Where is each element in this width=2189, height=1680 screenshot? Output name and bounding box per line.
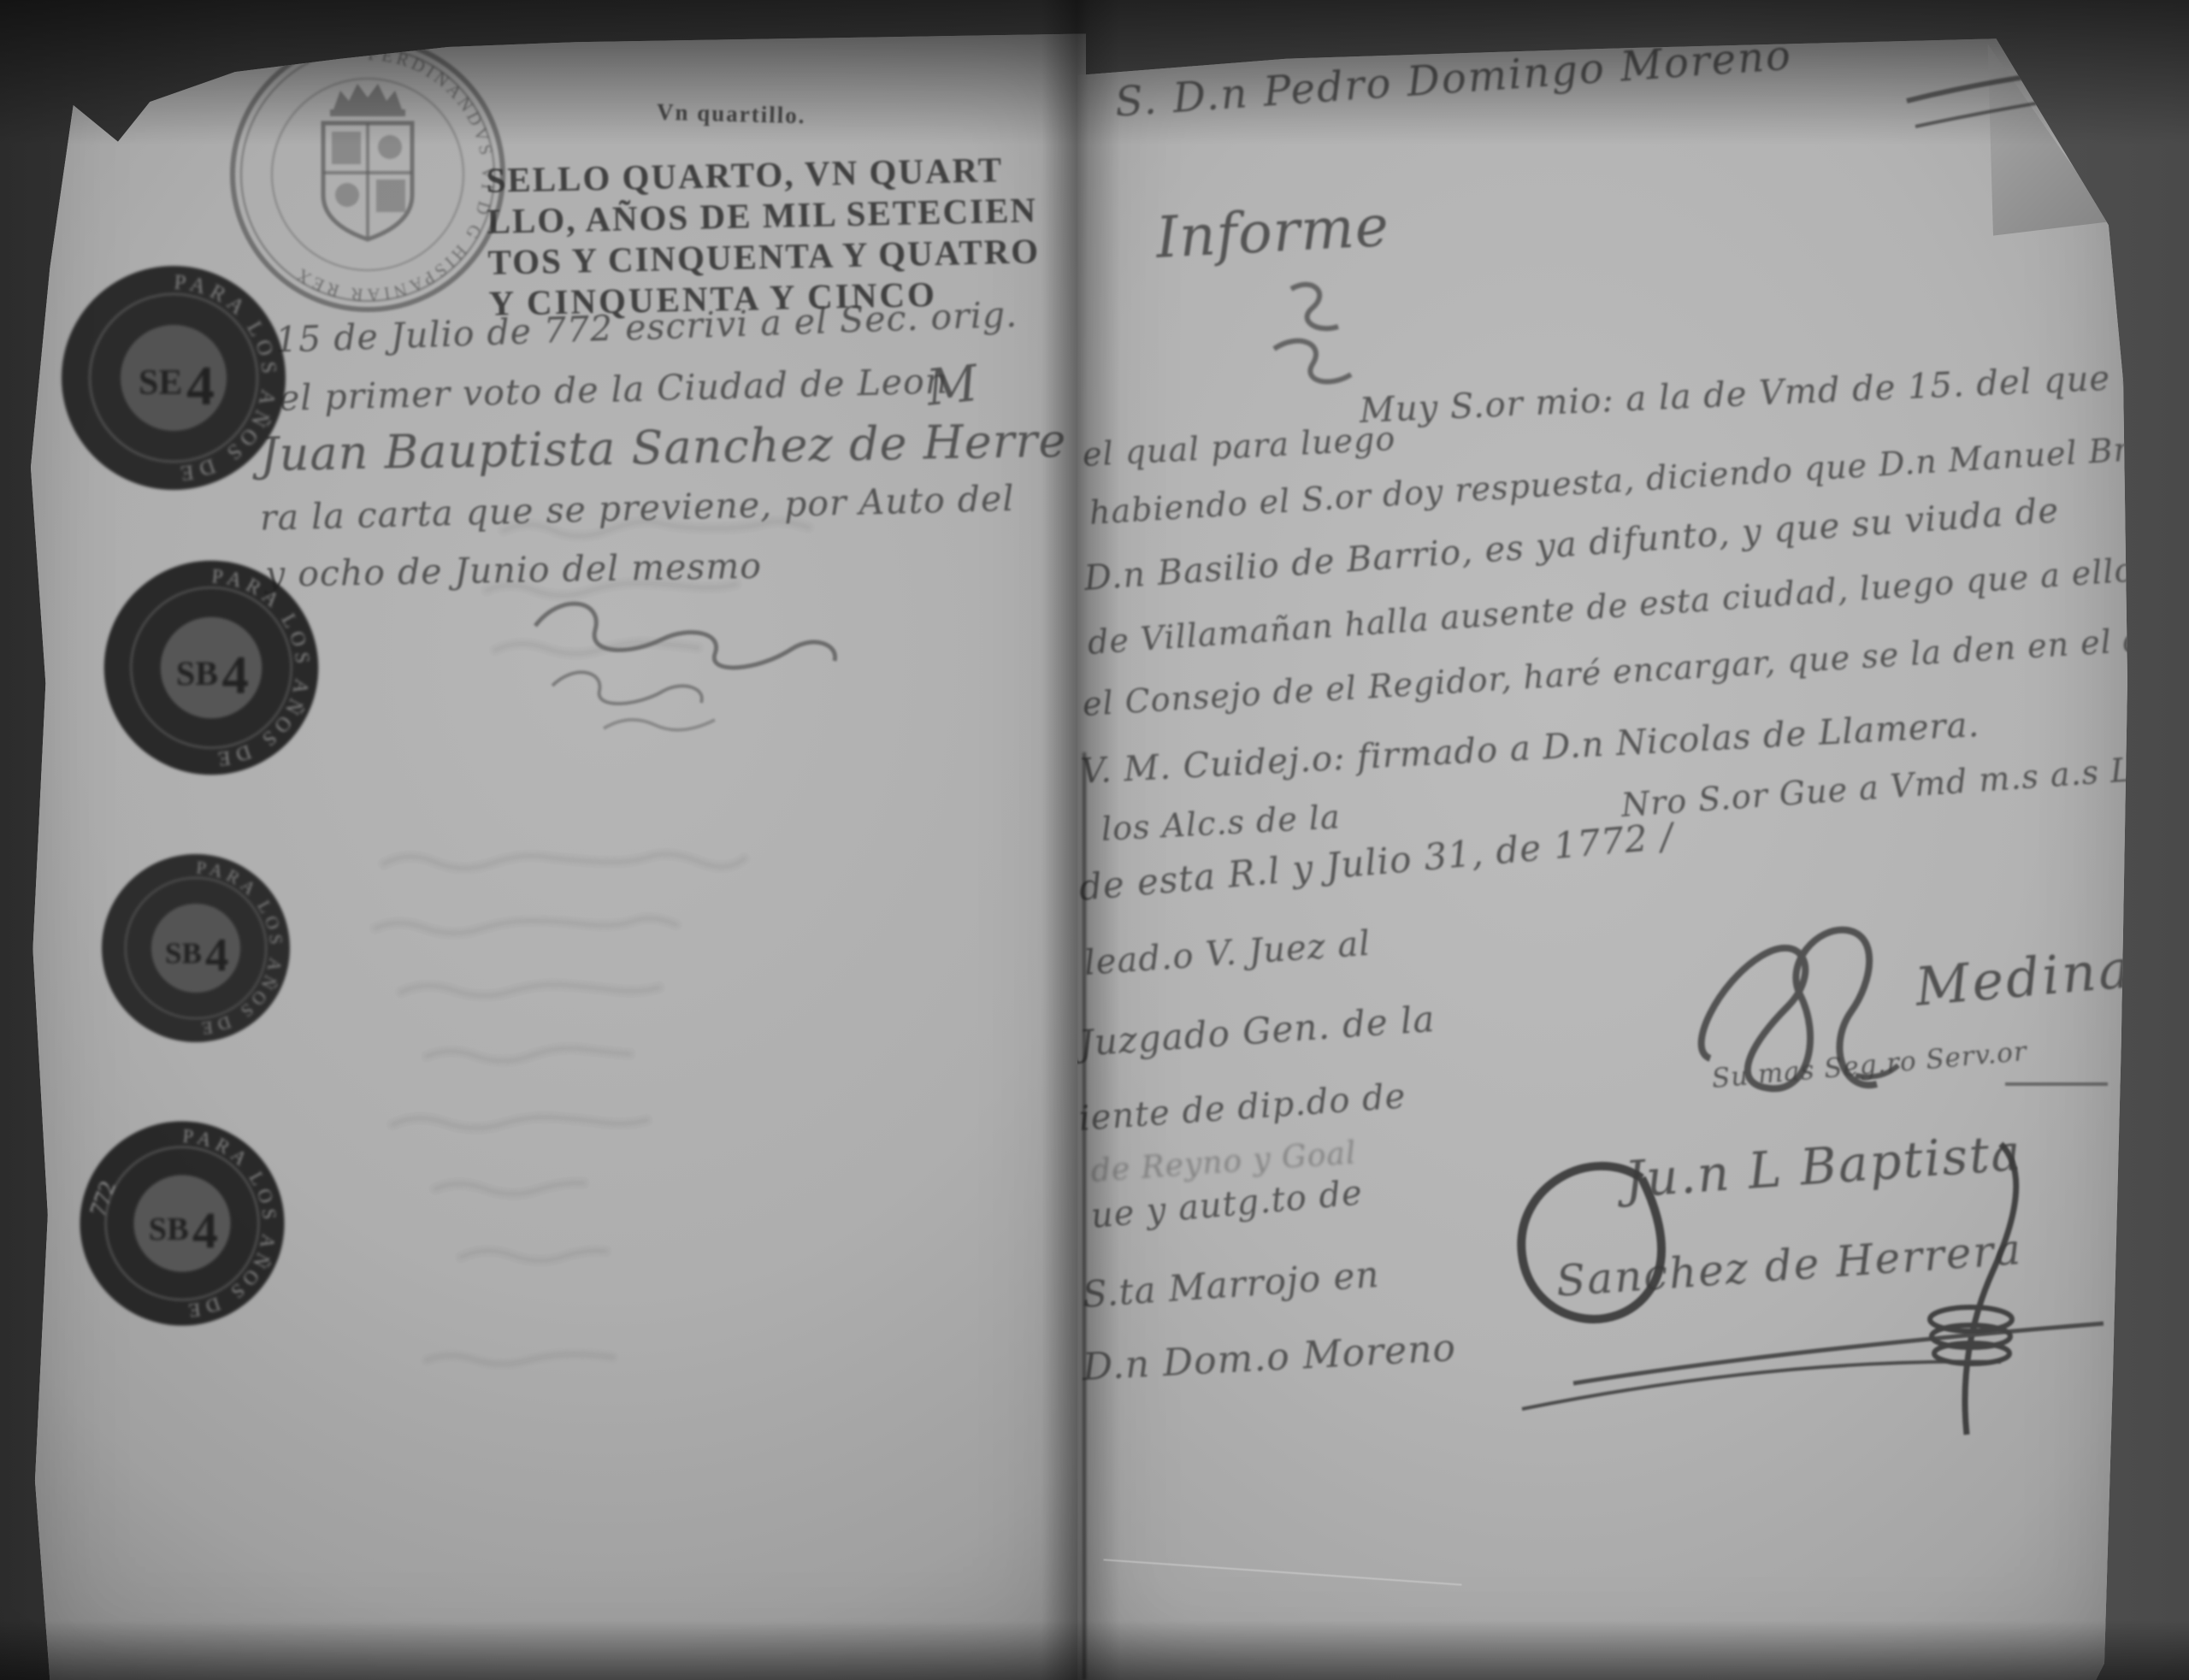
scanned-manuscript-photo: FERDINANDVS VI D G HISPANIAR REX Vn quar… [0, 0, 2189, 1680]
stamp-value: 4 [186, 355, 215, 417]
round-tax-stamp: PARA LOS AÑOS DE SB 4 [97, 850, 294, 1046]
round-tax-stamp: PARA LOS AÑOS DE SE 4 [56, 261, 291, 495]
small-print-quartillo: Vn quartillo. [657, 99, 806, 130]
body-line: el qual para luego [1082, 420, 1396, 474]
gutter-crease-line [1083, 752, 1086, 1680]
margin-line: D.n Dom.o Moreno [1082, 1326, 1457, 1389]
stamp-monogram: SB [149, 1211, 189, 1247]
valediction-dash [2001, 1074, 2112, 1091]
margin-line: iente de dip.do de [1077, 1076, 1407, 1139]
manuscript-line: Juan Bauptista Sanchez de Herre [259, 414, 1066, 481]
margin-line: S.ta Marrojo en [1081, 1253, 1381, 1316]
manuscript-line: el primer voto de la Ciudad de Leon [278, 361, 948, 419]
stamp-value: 4 [192, 1202, 218, 1259]
stamp-monogram: SB [176, 654, 218, 693]
bleed-through-text [279, 498, 1048, 1438]
left-page: FERDINANDVS VI D G HISPANIAR REX Vn quar… [22, 19, 1086, 1680]
stamp-value: 4 [221, 645, 249, 705]
round-tax-stamp: PARA LOS AÑOS DE 772 SB 4 [75, 1117, 289, 1330]
margin-line: lead.o V. Juez al [1083, 924, 1372, 983]
margin-line: los Alc.s de la [1100, 798, 1342, 848]
heading-flourish-strokes [1898, 41, 2163, 169]
addressee-heading: S. D.n Pedro Domingo Moreno [1113, 32, 1794, 127]
right-page: S. D.n Pedro Domingo Moreno Informe Muy … [1077, 15, 2127, 1680]
manuscript-letter-m: M [923, 354, 981, 417]
stamp-value: 4 [205, 928, 229, 981]
body-line: Muy S.or mio: a la de Vmd de 15. del que… [1359, 353, 2189, 431]
docket-rubric-squiggle [1240, 272, 1377, 409]
margin-line: Juzgado Gen. de la [1077, 998, 1437, 1064]
docket-word-informe: Informe [1154, 193, 1391, 271]
stamp-monogram: SB [165, 937, 202, 970]
stamp-monogram: SE [139, 363, 182, 403]
